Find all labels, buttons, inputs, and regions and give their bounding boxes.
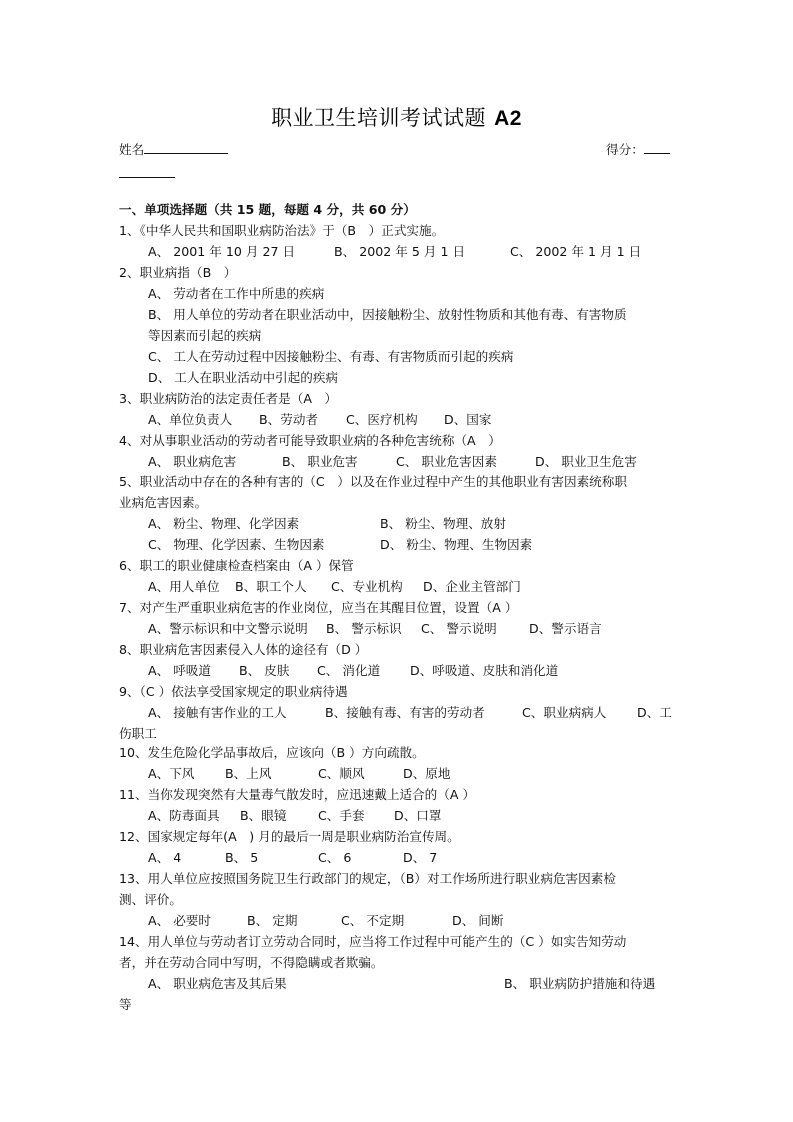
- option-a[interactable]: A、用人单位: [148, 579, 220, 595]
- option-c[interactable]: C、 不定期: [341, 913, 404, 929]
- title-code: A2: [494, 107, 522, 130]
- question-4-stem: 4、对从事职业活动的劳动者可能导致职业病的各种危害统称（A ）: [119, 433, 501, 449]
- option-b[interactable]: B、 职业病防护措施和待遇: [504, 976, 655, 992]
- question-9-options-continued: 伤职工: [119, 726, 157, 742]
- option-b[interactable]: B、劳动者: [259, 412, 318, 428]
- section-heading: 一、单项选择题（共 15 题，每题 4 分，共 60 分）: [119, 202, 416, 218]
- option-c[interactable]: C、 职业危害因素: [396, 454, 497, 470]
- option-c[interactable]: C、 2002 年 1 月 1 日: [510, 244, 641, 260]
- option-c[interactable]: C、 警示说明: [421, 621, 497, 637]
- score-blank[interactable]: [644, 141, 670, 154]
- option-b[interactable]: B、 5: [225, 850, 258, 866]
- option-b[interactable]: B、上风: [225, 766, 271, 782]
- option-a[interactable]: A、 2001 年 10 月 27 日: [148, 244, 295, 260]
- option-a[interactable]: A、 4: [148, 850, 181, 866]
- option-b[interactable]: B、 皮肤: [239, 663, 289, 679]
- question-2-stem: 2、职业病指（B ）: [119, 265, 236, 281]
- name-label: 姓名: [119, 142, 144, 157]
- score-blank-line2[interactable]: [119, 165, 175, 178]
- name-blank[interactable]: [144, 141, 228, 154]
- option-d[interactable]: D、警示语言: [529, 621, 602, 637]
- option-b[interactable]: B、 警示标识: [326, 621, 402, 637]
- option-a[interactable]: A、 劳动者在工作中所患的疾病: [148, 286, 324, 302]
- score-label: 得分：: [606, 142, 644, 157]
- option-d[interactable]: D、工: [637, 705, 672, 721]
- option-d[interactable]: D、国家: [444, 412, 491, 428]
- option-a[interactable]: A、 职业病危害及其后果: [148, 976, 287, 992]
- option-d[interactable]: D、 间断: [452, 913, 503, 929]
- question-7-stem: 7、对产生严重职业病危害的作业岗位，应当在其醒目位置，设置（A ）: [119, 600, 517, 616]
- option-d[interactable]: D、 粉尘、物理、生物因素: [380, 537, 532, 553]
- option-c[interactable]: C、医疗机构: [346, 412, 418, 428]
- question-5-stem: 5、职业活动中存在的各种有害的（C ）以及在作业过程中产生的其他职业有害因素统称…: [119, 474, 627, 490]
- question-6-stem: 6、职工的职业健康检查档案由（A ）保管: [119, 558, 354, 574]
- option-a[interactable]: A、 粉尘、物理、化学因素: [148, 516, 299, 532]
- option-c[interactable]: C、手套: [318, 808, 365, 824]
- option-b[interactable]: B、 用人单位的劳动者在职业活动中，因接触粉尘、放射性物质和其他有毒、有害物质: [148, 307, 627, 323]
- option-c[interactable]: C、专业机构: [331, 579, 403, 595]
- option-a[interactable]: A、 接触有害作业的工人: [148, 705, 287, 721]
- option-a[interactable]: A、 职业病危害: [148, 454, 236, 470]
- option-b[interactable]: B、接触有毒、有害的劳动者: [325, 705, 485, 721]
- option-d[interactable]: D、 职业卫生危害: [535, 454, 637, 470]
- option-d[interactable]: D、 工人在职业活动中引起的疾病: [148, 370, 338, 386]
- option-a[interactable]: A、 必要时: [148, 913, 211, 929]
- option-c[interactable]: C、顺风: [318, 766, 365, 782]
- option-d[interactable]: D、 7: [403, 850, 437, 866]
- title-text: 职业卫生培训考试试题: [271, 106, 486, 130]
- option-d[interactable]: D、呼吸道、皮肤和消化道: [410, 663, 558, 679]
- option-b[interactable]: B、 粉尘、物理、放射: [380, 516, 506, 532]
- question-8-stem: 8、职业病危害因素侵入人体的途径有（D ）: [119, 642, 367, 658]
- option-c[interactable]: C、 消化道: [317, 663, 380, 679]
- question-11-stem: 11、当你发现突然有大量毒气散发时，应迅速戴上适合的（A ）: [119, 787, 475, 803]
- question-9-stem: 9、（C ）依法享受国家规定的职业病待遇: [119, 684, 348, 700]
- option-a[interactable]: A、 呼吸道: [148, 663, 211, 679]
- option-b[interactable]: B、职工个人: [235, 579, 307, 595]
- option-a[interactable]: A、警示标识和中文警示说明: [148, 621, 308, 637]
- option-b[interactable]: B、 职业危害: [282, 454, 358, 470]
- name-field-row: 姓名: [119, 141, 228, 158]
- option-c[interactable]: C、 物理、化学因素、生物因素: [148, 537, 325, 553]
- question-1-stem: 1、《中华人民共和国职业病防治法》于（B ）正式实施。: [119, 223, 444, 239]
- option-b[interactable]: B、 定期: [247, 913, 297, 929]
- option-c[interactable]: C、 工人在劳动过程中因接触粉尘、有毒、有害物质而引起的疾病: [148, 349, 513, 365]
- option-a[interactable]: A、防毒面具: [148, 808, 220, 824]
- question-5-stem-continued: 业病危害因素。: [119, 495, 207, 511]
- option-b[interactable]: B、 2002 年 5 月 1 日: [334, 244, 465, 260]
- question-10-stem: 10、发生危险化学品事故后，应该向（B ）方向疏散。: [119, 745, 425, 761]
- option-d[interactable]: D、原地: [403, 766, 450, 782]
- document-title: 职业卫生培训考试试题A2: [0, 102, 793, 132]
- question-13-stem: 13、用人单位应按照国务院卫生行政部门的规定，（B）对工作场所进行职业病危害因素…: [119, 871, 616, 887]
- option-c[interactable]: C、职业病病人: [522, 705, 606, 721]
- option-b[interactable]: B、眼镜: [240, 808, 286, 824]
- question-12-stem: 12、国家规定每年(A ) 月的最后一周是职业病防治宣传周。: [119, 829, 460, 845]
- option-d[interactable]: D、企业主管部门: [423, 579, 521, 595]
- option-d[interactable]: D、口罩: [394, 808, 441, 824]
- option-b-continued: 等因素而引起的疾病: [148, 328, 261, 344]
- question-13-stem-continued: 测、评价。: [119, 892, 182, 908]
- option-c[interactable]: C、 6: [318, 850, 351, 866]
- exam-page: 职业卫生培训考试试题A2 姓名 得分： 一、单项选择题（共 15 题，每题 4 …: [0, 0, 793, 1122]
- option-a[interactable]: A、下风: [148, 766, 194, 782]
- question-14-stem: 14、用人单位与劳动者订立劳动合同时，应当将工作过程中可能产生的（C ）如实告知…: [119, 934, 626, 950]
- question-14-options-continued: 等: [119, 997, 132, 1013]
- score-blank-continued: [119, 165, 175, 182]
- option-a[interactable]: A、单位负责人: [148, 412, 232, 428]
- question-14-stem-continued: 者，并在劳动合同中写明，不得隐瞒或者欺骗。: [119, 955, 383, 971]
- score-field-row: 得分：: [606, 141, 670, 158]
- question-3-stem: 3、职业病防治的法定责任者是（A ）: [119, 391, 337, 407]
